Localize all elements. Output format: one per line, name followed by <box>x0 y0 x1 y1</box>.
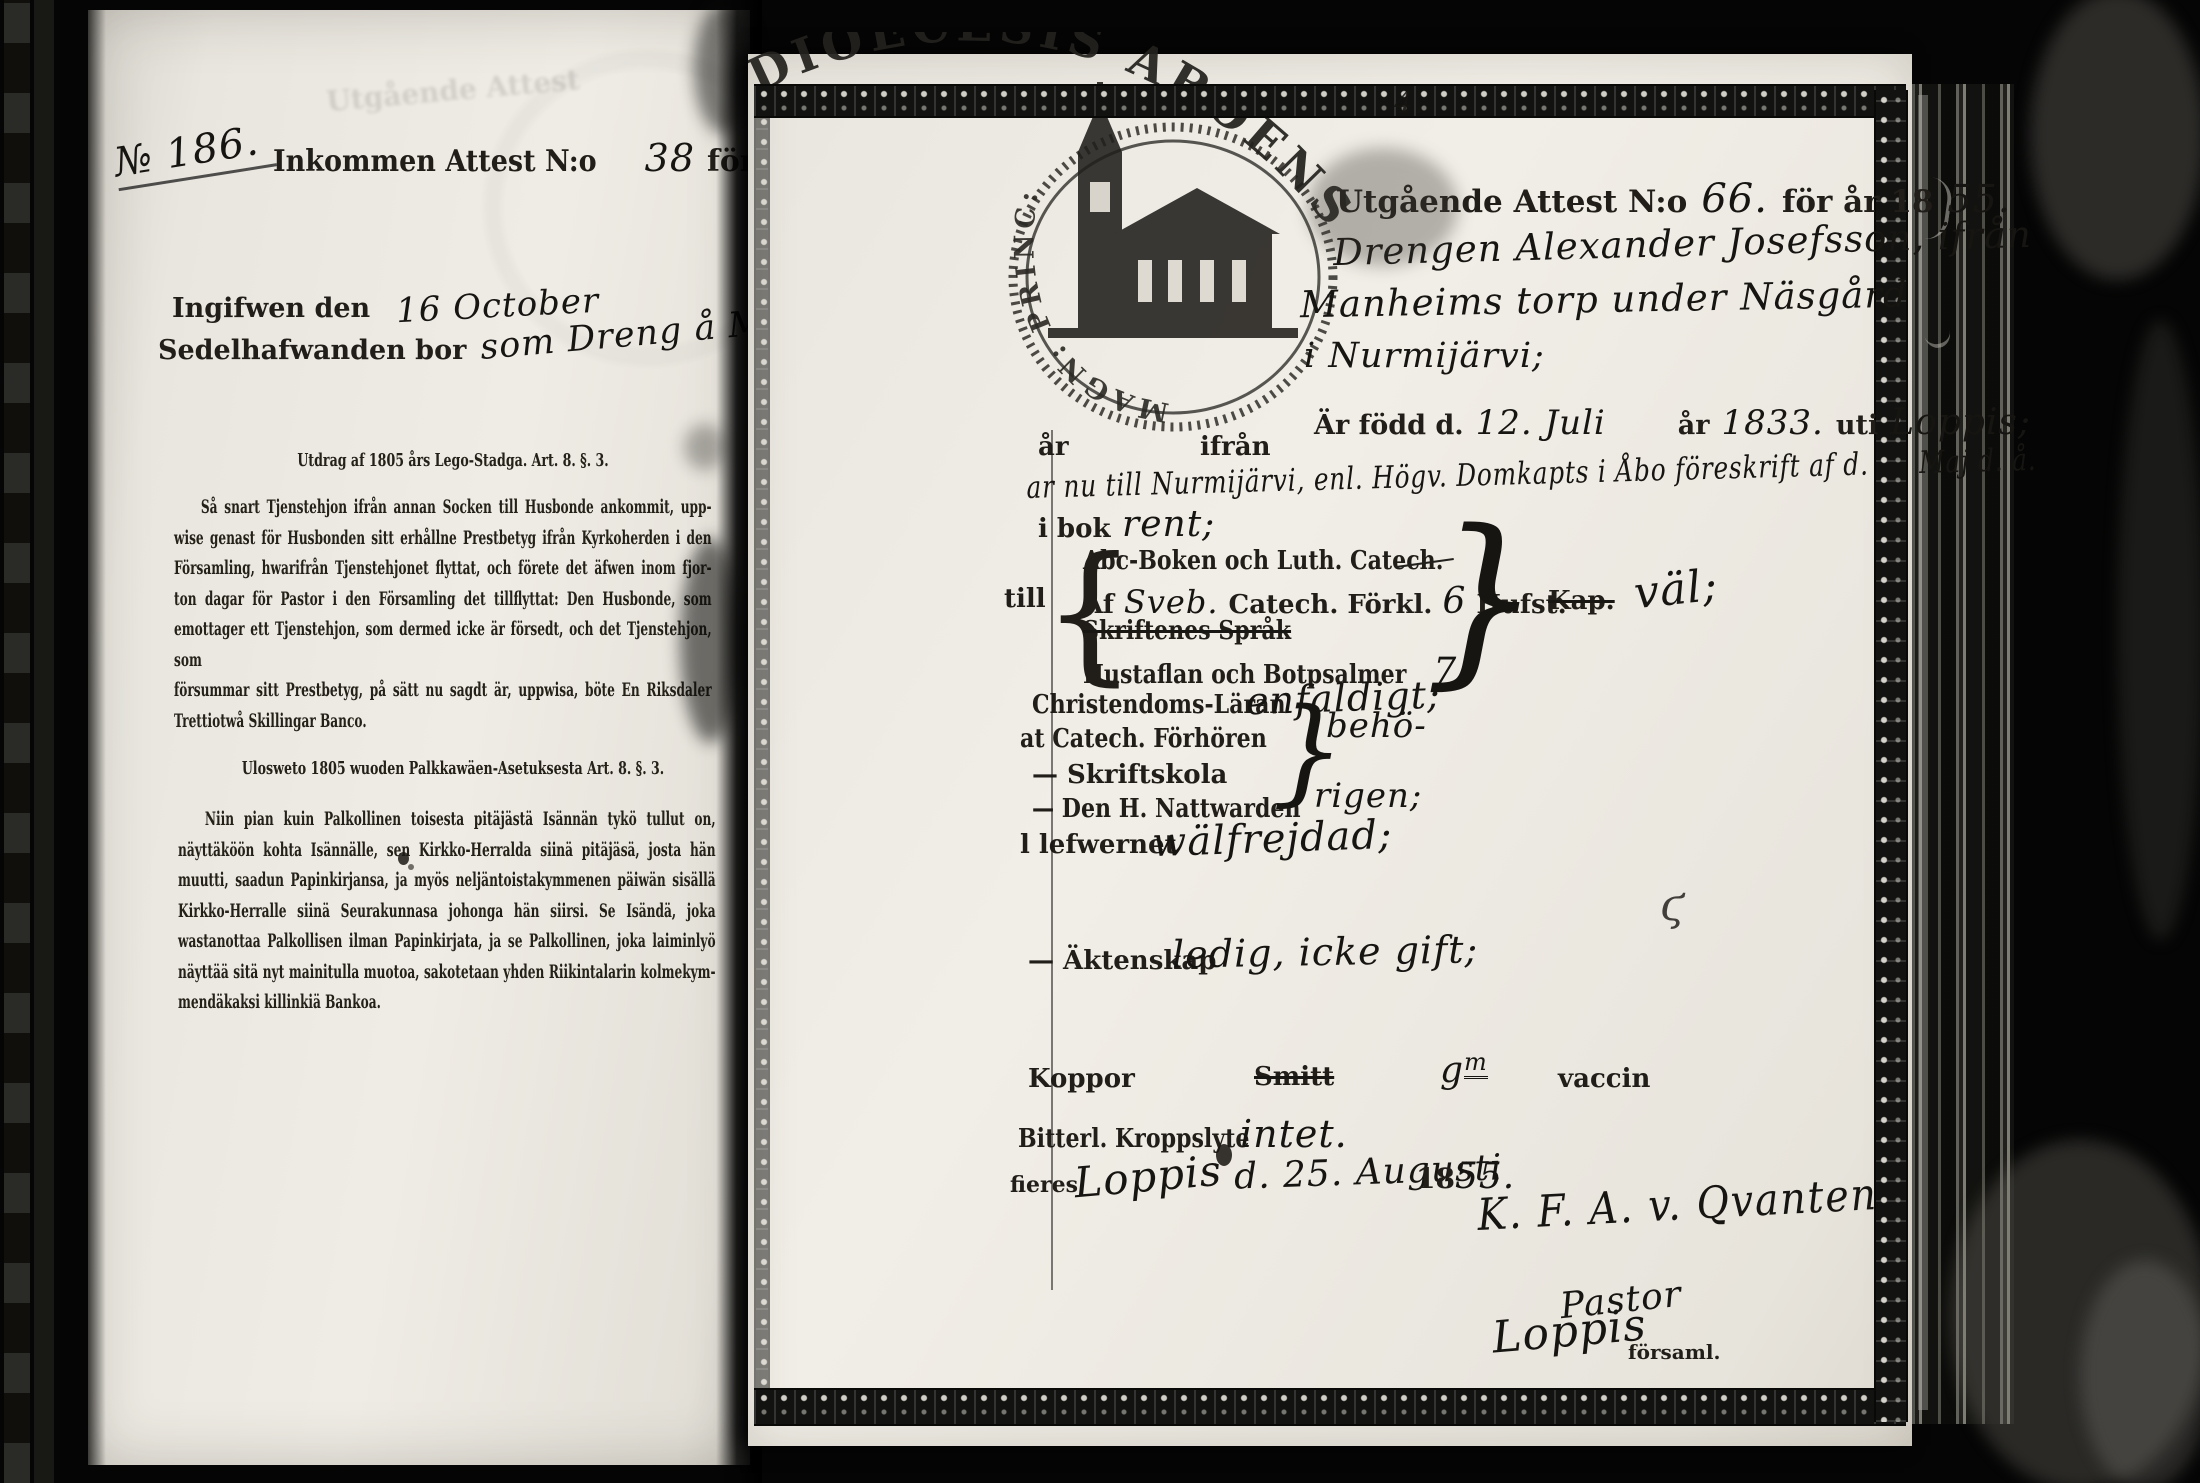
margin-rule-line <box>1051 430 1053 1290</box>
pox-hw-m: m <box>1464 1048 1488 1079</box>
statute-line: Så snart Tjenstehjon ifrån annan Socken … <box>174 492 712 523</box>
conduct-value: wälfrejdad; <box>1151 812 1393 866</box>
film-texture-mid-right <box>2118 320 2200 940</box>
film-texture-bottom-right-2 <box>2080 1260 2200 1483</box>
reading-item-abc: Abc-Boken och Luth. Catech. <box>1083 546 1443 576</box>
ink-dot <box>398 852 409 865</box>
defect-value: intet. <box>1240 1112 1348 1156</box>
ink-dot-small <box>408 864 414 870</box>
statute-line: näyttää sitä nyt mainitulla muotoa, sako… <box>178 957 716 988</box>
statute-line: Kirkko-Herralle siinä Seurakunnasa johon… <box>178 896 716 927</box>
left-header-printed: Inkommen Attest N:o <box>273 144 597 179</box>
parish-stamp-printed: församl. <box>1628 1340 1720 1364</box>
parish-stamp-place: Loppis <box>1490 1299 1649 1363</box>
statute-line: Församling, hwarifrån Tjenstehjonet flyt… <box>174 553 712 584</box>
issue-year-printed: 18 <box>1416 1162 1455 1195</box>
pox-hw-g: g <box>1440 1050 1464 1091</box>
fragment-till: till <box>1004 584 1046 614</box>
statute-line: muutti, saadun Papinkirjansa, ja myös ne… <box>178 865 716 896</box>
person-line-3: i Nurmijärvi; <box>1304 336 1545 376</box>
reading-grade: väl; <box>1632 560 1721 620</box>
border-band-top <box>754 84 1906 118</box>
statute-line: ton dagar för Pastor i den Församling de… <box>174 584 712 615</box>
birth-year: 1833. <box>1722 403 1824 443</box>
statute-line: försummar sitt Prestbetyg, på sätt nu sa… <box>174 675 712 706</box>
border-band-bottom <box>754 1388 1906 1426</box>
left-header-number: 38 <box>645 136 695 180</box>
birth-place: Loppis; <box>1890 402 2031 443</box>
year-label: år <box>1678 410 1710 441</box>
pox-label: Koppor <box>1028 1064 1135 1094</box>
folio-number: № 186. <box>111 116 277 191</box>
seal-arc-top-text: DIOECESIS ABOENSIS. <box>748 32 1366 240</box>
pox-vaccin-label: vaccin <box>1558 1064 1650 1094</box>
stray-pen-mark: ϛ <box>1660 880 1686 931</box>
statute-line: Trettiotwå Skillingar Banco. <box>174 706 712 737</box>
statute-line: emottager ett Tjenstehjon, som dermed ic… <box>174 614 712 675</box>
issue-fragment: fieres <box>1010 1172 1078 1198</box>
svg-text:DIOECESIS ABOENSIS.: DIOECESIS ABOENSIS. <box>748 32 1366 240</box>
pox-struck-smitt: Smitt <box>1254 1062 1334 1092</box>
statute-line: wastanottaa Palkollisen ilman Papinkirja… <box>178 926 716 957</box>
attendance-row-forhoren: at Catech. Förhören <box>1020 724 1267 754</box>
spine-edge-strip <box>4 0 30 1483</box>
finnish-statute-heading: Ulosweto 1805 wuoden Palkkawäen-Asetukse… <box>173 758 733 779</box>
kap-struck: Kap. <box>1548 586 1615 616</box>
stamp-smudge <box>1308 148 1458 266</box>
statute-line: näyttäköön kohta Isännälle, sen Kirkko-H… <box>178 835 716 866</box>
attendance-row-skriftskola: — Skriftskola <box>1032 760 1227 790</box>
finnish-statute-paragraph: Niin pian kuin Palkollinen toisesta pitä… <box>178 804 716 1018</box>
film-texture-top-right <box>2030 0 2200 280</box>
statute-line: wise genast för Husbonden sitt erhållne … <box>174 523 712 554</box>
attest-number: 66. <box>1701 176 1768 222</box>
left-page-torn-edge <box>88 10 106 1465</box>
marriage-value: ledig, icke gift; <box>1172 927 1479 976</box>
microfilm-scan: Utgående Attest № 186. Inkommen Attest N… <box>0 0 2200 1483</box>
corner-note: 4. <box>1394 86 1425 121</box>
issue-place: Loppis <box>1072 1146 1224 1208</box>
page-edge-highlight <box>1918 95 1928 1410</box>
signature-name: K. F. A. v. Qvanten <box>1476 1169 1879 1241</box>
statute-line: mendäkaksi killinkiä Bankoa. <box>178 987 716 1018</box>
attest-header-printed-2: för år 18 <box>1782 184 1934 220</box>
birth-date: 12. Juli <box>1476 403 1606 443</box>
received-line: Ingifwen den 16 October <box>172 286 599 326</box>
residence-label: Sedelhafwanden bor <box>158 335 466 366</box>
swedish-statute-heading: Utdrag af 1805 års Lego-Stadga. Art. 8. … <box>173 450 733 471</box>
attendance-value-2: rigen; <box>1314 776 1422 816</box>
pox-hw-gm: g m <box>1440 1050 1488 1091</box>
attendance-value-1: behö- <box>1326 706 1427 746</box>
spine-edge-strip-2 <box>34 0 54 1483</box>
statute-line: Niin pian kuin Palkollinen toisesta pitä… <box>178 804 716 835</box>
person-line-2: Manheims torp under Näsgård <box>1300 273 1908 327</box>
in-label: uti <box>1836 410 1878 441</box>
swedish-statute-paragraph: Så snart Tjenstehjon ifrån annan Socken … <box>174 492 712 736</box>
left-page: Utgående Attest № 186. Inkommen Attest N… <box>88 10 750 1465</box>
hand-brace-large: } <box>1424 506 1543 691</box>
attest-page: DIOECESIS ABOENSIS. MAGN: PRINC: FINL: <box>748 54 1912 1446</box>
border-band-left <box>754 112 770 1390</box>
birth-line: Är född d. 12. Juli år 1833. uti Loppis; <box>1314 402 2031 443</box>
received-label: Ingifwen den <box>172 293 370 324</box>
born-label: Är född d. <box>1314 410 1464 441</box>
reading-item-skriftenes: Skriftenes Språk <box>1083 616 1291 646</box>
